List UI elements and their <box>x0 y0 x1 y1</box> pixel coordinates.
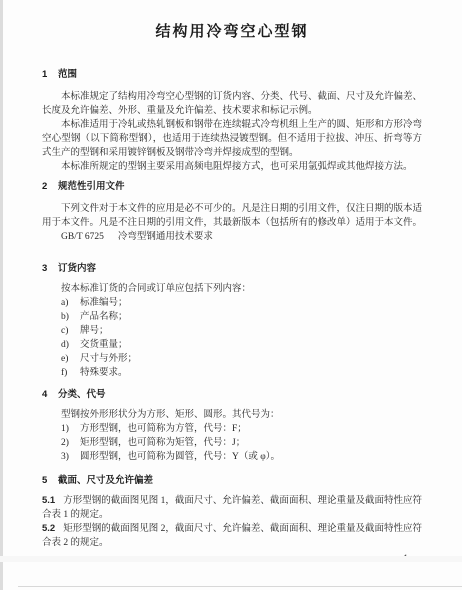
list-item-text: 圆形型钢，也可简称为圆管，代号：Y（或 φ）。 <box>80 452 280 462</box>
paragraph: 本标准适用于冷轧或热轧钢板和钢带在连续辊式冷弯机组上生产的圆、矩形和方形冷弯空心… <box>42 118 422 160</box>
paragraph: 本标准规定了结构用冷弯空心型钢的订货内容、分类、代号、截面、尺寸及允许偏差、长度… <box>42 90 422 118</box>
scan-edge-left <box>0 0 3 590</box>
section-4-number: 4 <box>42 388 58 402</box>
section-4-label: 分类、代号 <box>58 389 106 400</box>
list-intro: 型钢按外形形状分为方形、矩形、圆形。其代号为： <box>42 408 422 422</box>
section-1-body: 本标准规定了结构用冷弯空心型钢的订货内容、分类、代号、截面、尺寸及允许偏差、长度… <box>42 90 422 174</box>
list-marker: b) <box>61 310 80 324</box>
section-2-label: 规范性引用文件 <box>58 181 125 192</box>
list-item: d)交货重量； <box>42 338 422 352</box>
scan-edge-bottom <box>18 586 462 587</box>
section-2-heading: 2规范性引用文件 <box>42 180 422 194</box>
list-marker: 1) <box>61 422 80 436</box>
list-marker: f) <box>61 366 80 380</box>
clause-text: 矩形型钢的截面图见图 2，截面尺寸、允许偏差、截面面积、理论重量及截面特性应符合… <box>42 524 422 548</box>
list-item-text: 牌号； <box>80 326 109 336</box>
section-2-number: 2 <box>42 180 58 194</box>
list-item-text: 产品名称； <box>80 312 128 322</box>
list-item-text: 矩形型钢，也可简称为矩管，代号：J； <box>80 438 245 448</box>
list-item-text: 方形型钢，也可简称为方管，代号：F； <box>80 424 247 434</box>
section-3-number: 3 <box>42 262 58 276</box>
clause-text: 方形型钢的截面图见图 1，截面尺寸、允许偏差、截面面积、理论重量及截面特性应符合… <box>42 496 422 520</box>
clause-number: 5.2 <box>42 523 55 534</box>
paragraph: 本标准所规定的型钢主要采用高频电阻焊接方式，也可采用氩弧焊或其他焊接方法。 <box>42 160 422 174</box>
list-marker: c) <box>61 324 80 338</box>
clause-5-1: 5.1方形型钢的截面图见图 1，截面尺寸、允许偏差、截面面积、理论重量及截面特性… <box>42 494 422 522</box>
list-item: c)牌号； <box>42 324 422 338</box>
list-marker: d) <box>61 338 80 352</box>
scan-band <box>0 556 462 562</box>
clause-5-2: 5.2矩形型钢的截面图见图 2，截面尺寸、允许偏差、截面面积、理论重量及截面特性… <box>42 522 422 550</box>
list-item-text: 标准编号； <box>80 298 128 308</box>
section-5-heading: 5截面、尺寸及允许偏差 <box>42 474 422 488</box>
list-item: 3)圆形型钢，也可简称为圆管，代号：Y（或 φ）。 <box>42 450 422 464</box>
list-item-text: 交货重量； <box>80 340 128 350</box>
list-marker: 2) <box>61 436 80 450</box>
section-3-heading: 3订货内容 <box>42 262 422 276</box>
list-item: b)产品名称； <box>42 310 422 324</box>
list-item: 2)矩形型钢，也可简称为矩管，代号：J； <box>42 436 422 450</box>
section-4-heading: 4分类、代号 <box>42 388 422 402</box>
reference-title: 冷弯型钢通用技术要求 <box>118 232 213 242</box>
section-3-label: 订货内容 <box>58 263 96 274</box>
page-title: 结构用冷弯空心型钢 <box>42 22 422 42</box>
section-2-body: 下列文件对于本文件的应用是必不可少的。凡是注日期的引用文件，仅注日期的版本适用于… <box>42 202 422 244</box>
section-5-label: 截面、尺寸及允许偏差 <box>58 475 153 486</box>
list-item: e)尺寸与外形； <box>42 352 422 366</box>
normative-reference: GB/T 6725冷弯型钢通用技术要求 <box>42 230 422 244</box>
list-item: 1)方形型钢，也可简称为方管，代号：F； <box>42 422 422 436</box>
section-4-body: 型钢按外形形状分为方形、矩形、圆形。其代号为： 1)方形型钢，也可简称为方管，代… <box>42 408 422 464</box>
list-marker: a) <box>61 296 80 310</box>
section-1-heading: 1范围 <box>42 68 422 82</box>
reference-code: GB/T 6725 <box>61 232 104 242</box>
document-page: 结构用冷弯空心型钢 1范围 本标准规定了结构用冷弯空心型钢的订货内容、分类、代号… <box>0 0 462 590</box>
list-item-text: 特殊要求。 <box>80 368 128 378</box>
list-intro: 按本标准订货的合同或订单应包括下列内容： <box>42 282 422 296</box>
section-3-body: 按本标准订货的合同或订单应包括下列内容： a)标准编号； b)产品名称； c)牌… <box>42 282 422 380</box>
paragraph: 下列文件对于本文件的应用是必不可少的。凡是注日期的引用文件，仅注日期的版本适用于… <box>42 202 422 230</box>
section-5-body: 5.1方形型钢的截面图见图 1，截面尺寸、允许偏差、截面面积、理论重量及截面特性… <box>42 494 422 550</box>
clause-number: 5.1 <box>42 495 55 506</box>
list-marker: e) <box>61 352 80 366</box>
list-marker: 3) <box>61 450 80 464</box>
section-1-number: 1 <box>42 68 58 82</box>
list-item-text: 尺寸与外形； <box>80 354 137 364</box>
list-item: f)特殊要求。 <box>42 366 422 380</box>
list-item: a)标准编号； <box>42 296 422 310</box>
section-1-label: 范围 <box>58 69 77 80</box>
section-5-number: 5 <box>42 474 58 488</box>
